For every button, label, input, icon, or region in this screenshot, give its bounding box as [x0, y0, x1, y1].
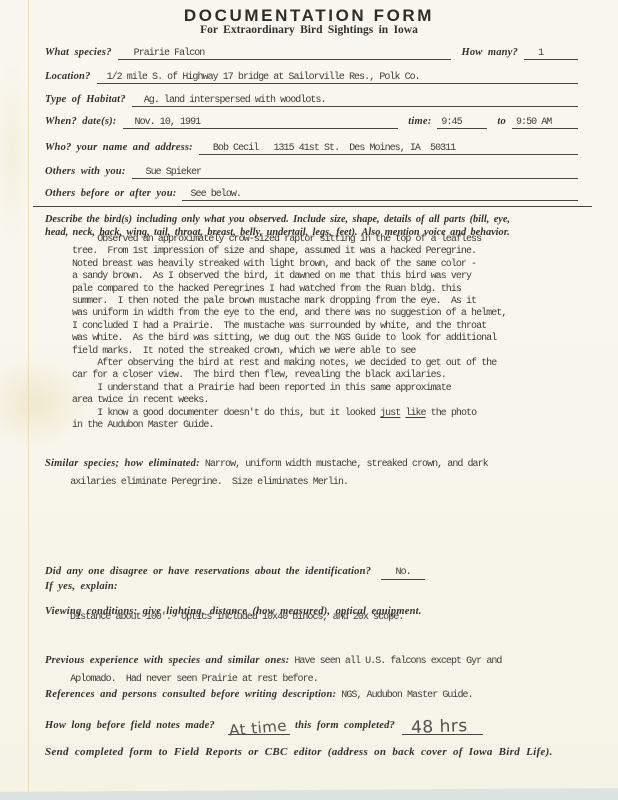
others-before-field: See below.: [182, 189, 578, 201]
habitat-value: Ag. land interspersed with woodlots.: [132, 95, 326, 107]
when-field: Nov. 10, 1991: [123, 117, 399, 129]
who-value: Bob Cecil 1315 41st St. Des Moines, IA 5…: [199, 143, 455, 155]
others-with-row: Others with you: Sue Spieker: [45, 163, 578, 179]
section-divider: [33, 206, 592, 207]
form-subtitle: For Extraordinary Bird Sightings in Iowa: [0, 24, 618, 36]
similar-species-label: Similar species; how eliminated:: [45, 458, 200, 469]
time-field: 9:45: [437, 117, 487, 129]
disagree-field: No.: [381, 561, 425, 580]
field-notes-label: How long before field notes made?: [45, 720, 215, 732]
habitat-row: Type of Habitat? Ag. land interspersed w…: [45, 91, 578, 107]
form-completed-field: 48 hrs: [402, 716, 483, 735]
description-text: Observed an approximately crow-sized rap…: [72, 234, 506, 419]
location-label: Location?: [45, 71, 97, 83]
who-row: Who? your name and address: Bob Cecil 13…: [45, 139, 578, 155]
field-notes-field: At time: [228, 716, 290, 735]
similar-species-block: Similar species; how eliminated: Narrow,…: [45, 453, 488, 490]
experience-label: Previous experience with species and sim…: [45, 655, 289, 666]
underlined-word-like: like: [405, 408, 425, 419]
others-with-field: Sue Spieker: [132, 167, 578, 179]
form-completed-handwriting: 48 hrs: [411, 716, 468, 738]
when-label: When? date(s):: [45, 116, 123, 128]
description-body: Observed an approximately crow-sized rap…: [72, 234, 506, 433]
describe-prompt-line1: Describe the bird(s) including only what…: [45, 214, 510, 225]
species-field: Prairie Falcon: [118, 48, 452, 60]
references-block: References and persons consulted before …: [45, 684, 473, 702]
how-many-value: 1: [524, 48, 543, 60]
who-label: Who? your name and address:: [45, 142, 199, 154]
underlined-word-just: just: [380, 408, 400, 419]
send-instructions: Send completed form to Field Reports or …: [45, 746, 598, 758]
habitat-label: Type of Habitat?: [45, 94, 132, 106]
field-notes-row: How long before field notes made? At tim…: [45, 717, 578, 735]
species-value: Prairie Falcon: [118, 48, 205, 60]
how-many-label: How many?: [451, 47, 524, 59]
others-with-value: Sue Spieker: [132, 167, 202, 179]
viewing-value: Distance about 100'. Optics included 10x…: [70, 612, 403, 624]
documentation-form-page: DOCUMENTATION FORM For Extraordinary Bir…: [0, 0, 618, 800]
to-field: 9:50 AM: [512, 117, 578, 129]
if-yes-block: If yes, explain:: [45, 576, 118, 594]
references-label: References and persons consulted before …: [45, 689, 336, 700]
experience-block: Previous experience with species and sim…: [45, 650, 501, 687]
location-value: 1/2 mile S. of Highway 17 bridge at Sail…: [97, 72, 420, 84]
others-before-label: Others before or after you:: [45, 188, 182, 200]
form-completed-label: this form completed?: [295, 720, 395, 732]
time-label: time:: [398, 116, 437, 128]
if-yes-label: If yes, explain:: [45, 581, 118, 592]
time-value: 9:45: [437, 117, 461, 129]
when-value: Nov. 10, 1991: [123, 117, 201, 129]
when-row: When? date(s): Nov. 10, 1991 time: 9:45 …: [45, 113, 578, 129]
form-title: DOCUMENTATION FORM: [0, 6, 618, 26]
field-notes-handwriting: At time: [228, 717, 287, 740]
others-before-row: Others before or after you: See below.: [45, 185, 578, 201]
scan-background-strip: [0, 788, 618, 800]
to-label: to: [487, 116, 512, 128]
habitat-field: Ag. land interspersed with woodlots.: [132, 95, 578, 107]
references-value: NGS, Audubon Master Guide.: [336, 690, 472, 701]
others-with-label: Others with you:: [45, 166, 132, 178]
location-row: Location? 1/2 mile S. of Highway 17 brid…: [45, 68, 578, 84]
who-field: Bob Cecil 1315 41st St. Des Moines, IA 5…: [199, 143, 578, 155]
others-before-value: See below.: [182, 189, 241, 201]
species-label: What species?: [45, 47, 118, 59]
disagree-value: No.: [396, 567, 411, 578]
location-field: 1/2 mile S. of Highway 17 bridge at Sail…: [97, 72, 578, 84]
to-value: 9:50 AM: [512, 117, 551, 129]
species-row: What species? Prairie Falcon How many? 1: [45, 44, 578, 60]
how-many-field: 1: [524, 48, 578, 60]
